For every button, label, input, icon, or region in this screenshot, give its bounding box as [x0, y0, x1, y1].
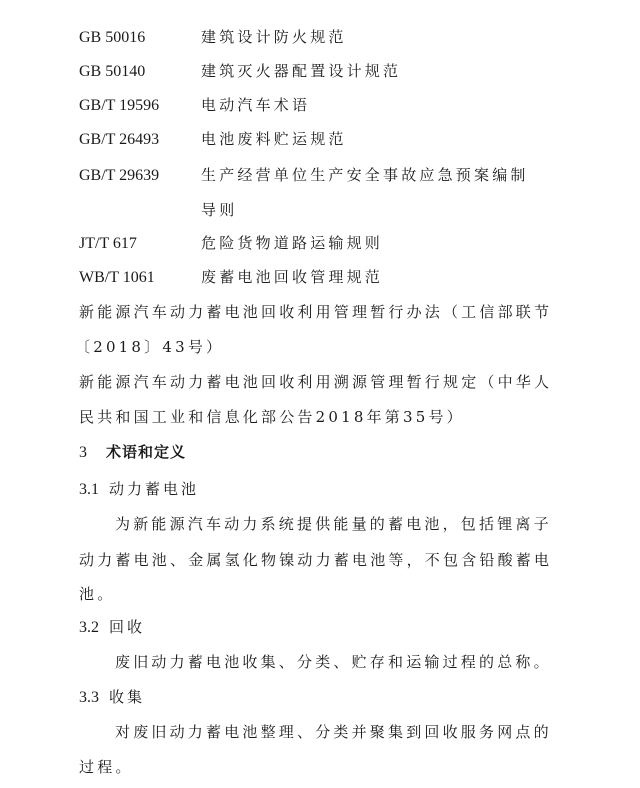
term-definition: 对废旧动力蓄电池整理、分类并聚集到回收服务网点的	[115, 720, 552, 744]
standard-title: 电动汽车术语	[201, 93, 310, 117]
term-heading: 3.3收集	[79, 685, 145, 709]
reference-item: GB/T 26493电池废料贮运规范	[79, 127, 347, 151]
reference-item: GB/T 29639生产经营单位生产安全事故应急预案编制	[79, 163, 529, 187]
standard-title: 废蓄电池回收管理规范	[201, 265, 383, 289]
regulation-line: 新能源汽车动力蓄电池回收利用管理暂行办法（工信部联节	[79, 300, 552, 324]
term-number: 3.3	[79, 686, 109, 710]
regulation-line: 〔2018〕43号）	[75, 335, 224, 359]
term-number: 3.2	[79, 616, 109, 640]
standard-code: GB/T 26493	[79, 128, 201, 152]
reference-item: GB/T 19596电动汽车术语	[79, 93, 310, 117]
section-title: 术语和定义	[106, 443, 186, 461]
term-heading: 3.1动力蓄电池	[79, 477, 199, 501]
standard-code: JT/T 617	[79, 232, 201, 256]
reference-item: GB 50016建筑设计防火规范	[79, 25, 347, 49]
term-definition: 池。	[79, 582, 115, 606]
standard-code: GB/T 19596	[79, 94, 201, 118]
term-definition: 过程。	[79, 755, 134, 779]
standard-code: GB/T 29639	[79, 164, 201, 188]
term-heading: 3.2回收	[79, 615, 145, 639]
standard-code: WB/T 1061	[79, 266, 201, 290]
standard-title: 电池废料贮运规范	[201, 127, 347, 151]
standard-title: 危险货物道路运输规则	[201, 231, 383, 255]
standard-code: GB 50140	[79, 60, 201, 84]
standard-title: 建筑设计防火规范	[201, 25, 347, 49]
standard-code: GB 50016	[79, 26, 201, 50]
reference-item: WB/T 1061废蓄电池回收管理规范	[79, 265, 383, 289]
term-definition: 动力蓄电池、金属氢化物镍动力蓄电池等，不包含铅酸蓄电	[79, 548, 552, 572]
standard-title: 建筑灭火器配置设计规范	[201, 59, 401, 83]
term-title: 动力蓄电池	[109, 480, 199, 498]
standard-title: 生产经营单位生产安全事故应急预案编制	[201, 163, 529, 187]
term-title: 回收	[109, 618, 145, 636]
section-number: 3	[79, 441, 106, 465]
term-title: 收集	[109, 688, 145, 706]
section-heading: 3术语和定义	[79, 440, 186, 464]
reference-item: JT/T 617危险货物道路运输规则	[79, 231, 383, 255]
term-definition: 废旧动力蓄电池收集、分类、贮存和运输过程的总称。	[115, 650, 552, 674]
regulation-line: 新能源汽车动力蓄电池回收利用溯源管理暂行规定（中华人	[79, 370, 552, 394]
standard-title-continuation: 导则	[201, 198, 237, 222]
term-definition: 为新能源汽车动力系统提供能量的蓄电池，包括锂离子	[115, 512, 552, 536]
term-number: 3.1	[79, 478, 109, 502]
regulation-line: 民共和国工业和信息化部公告2018年第35号）	[79, 405, 465, 429]
reference-item: GB 50140建筑灭火器配置设计规范	[79, 59, 401, 83]
